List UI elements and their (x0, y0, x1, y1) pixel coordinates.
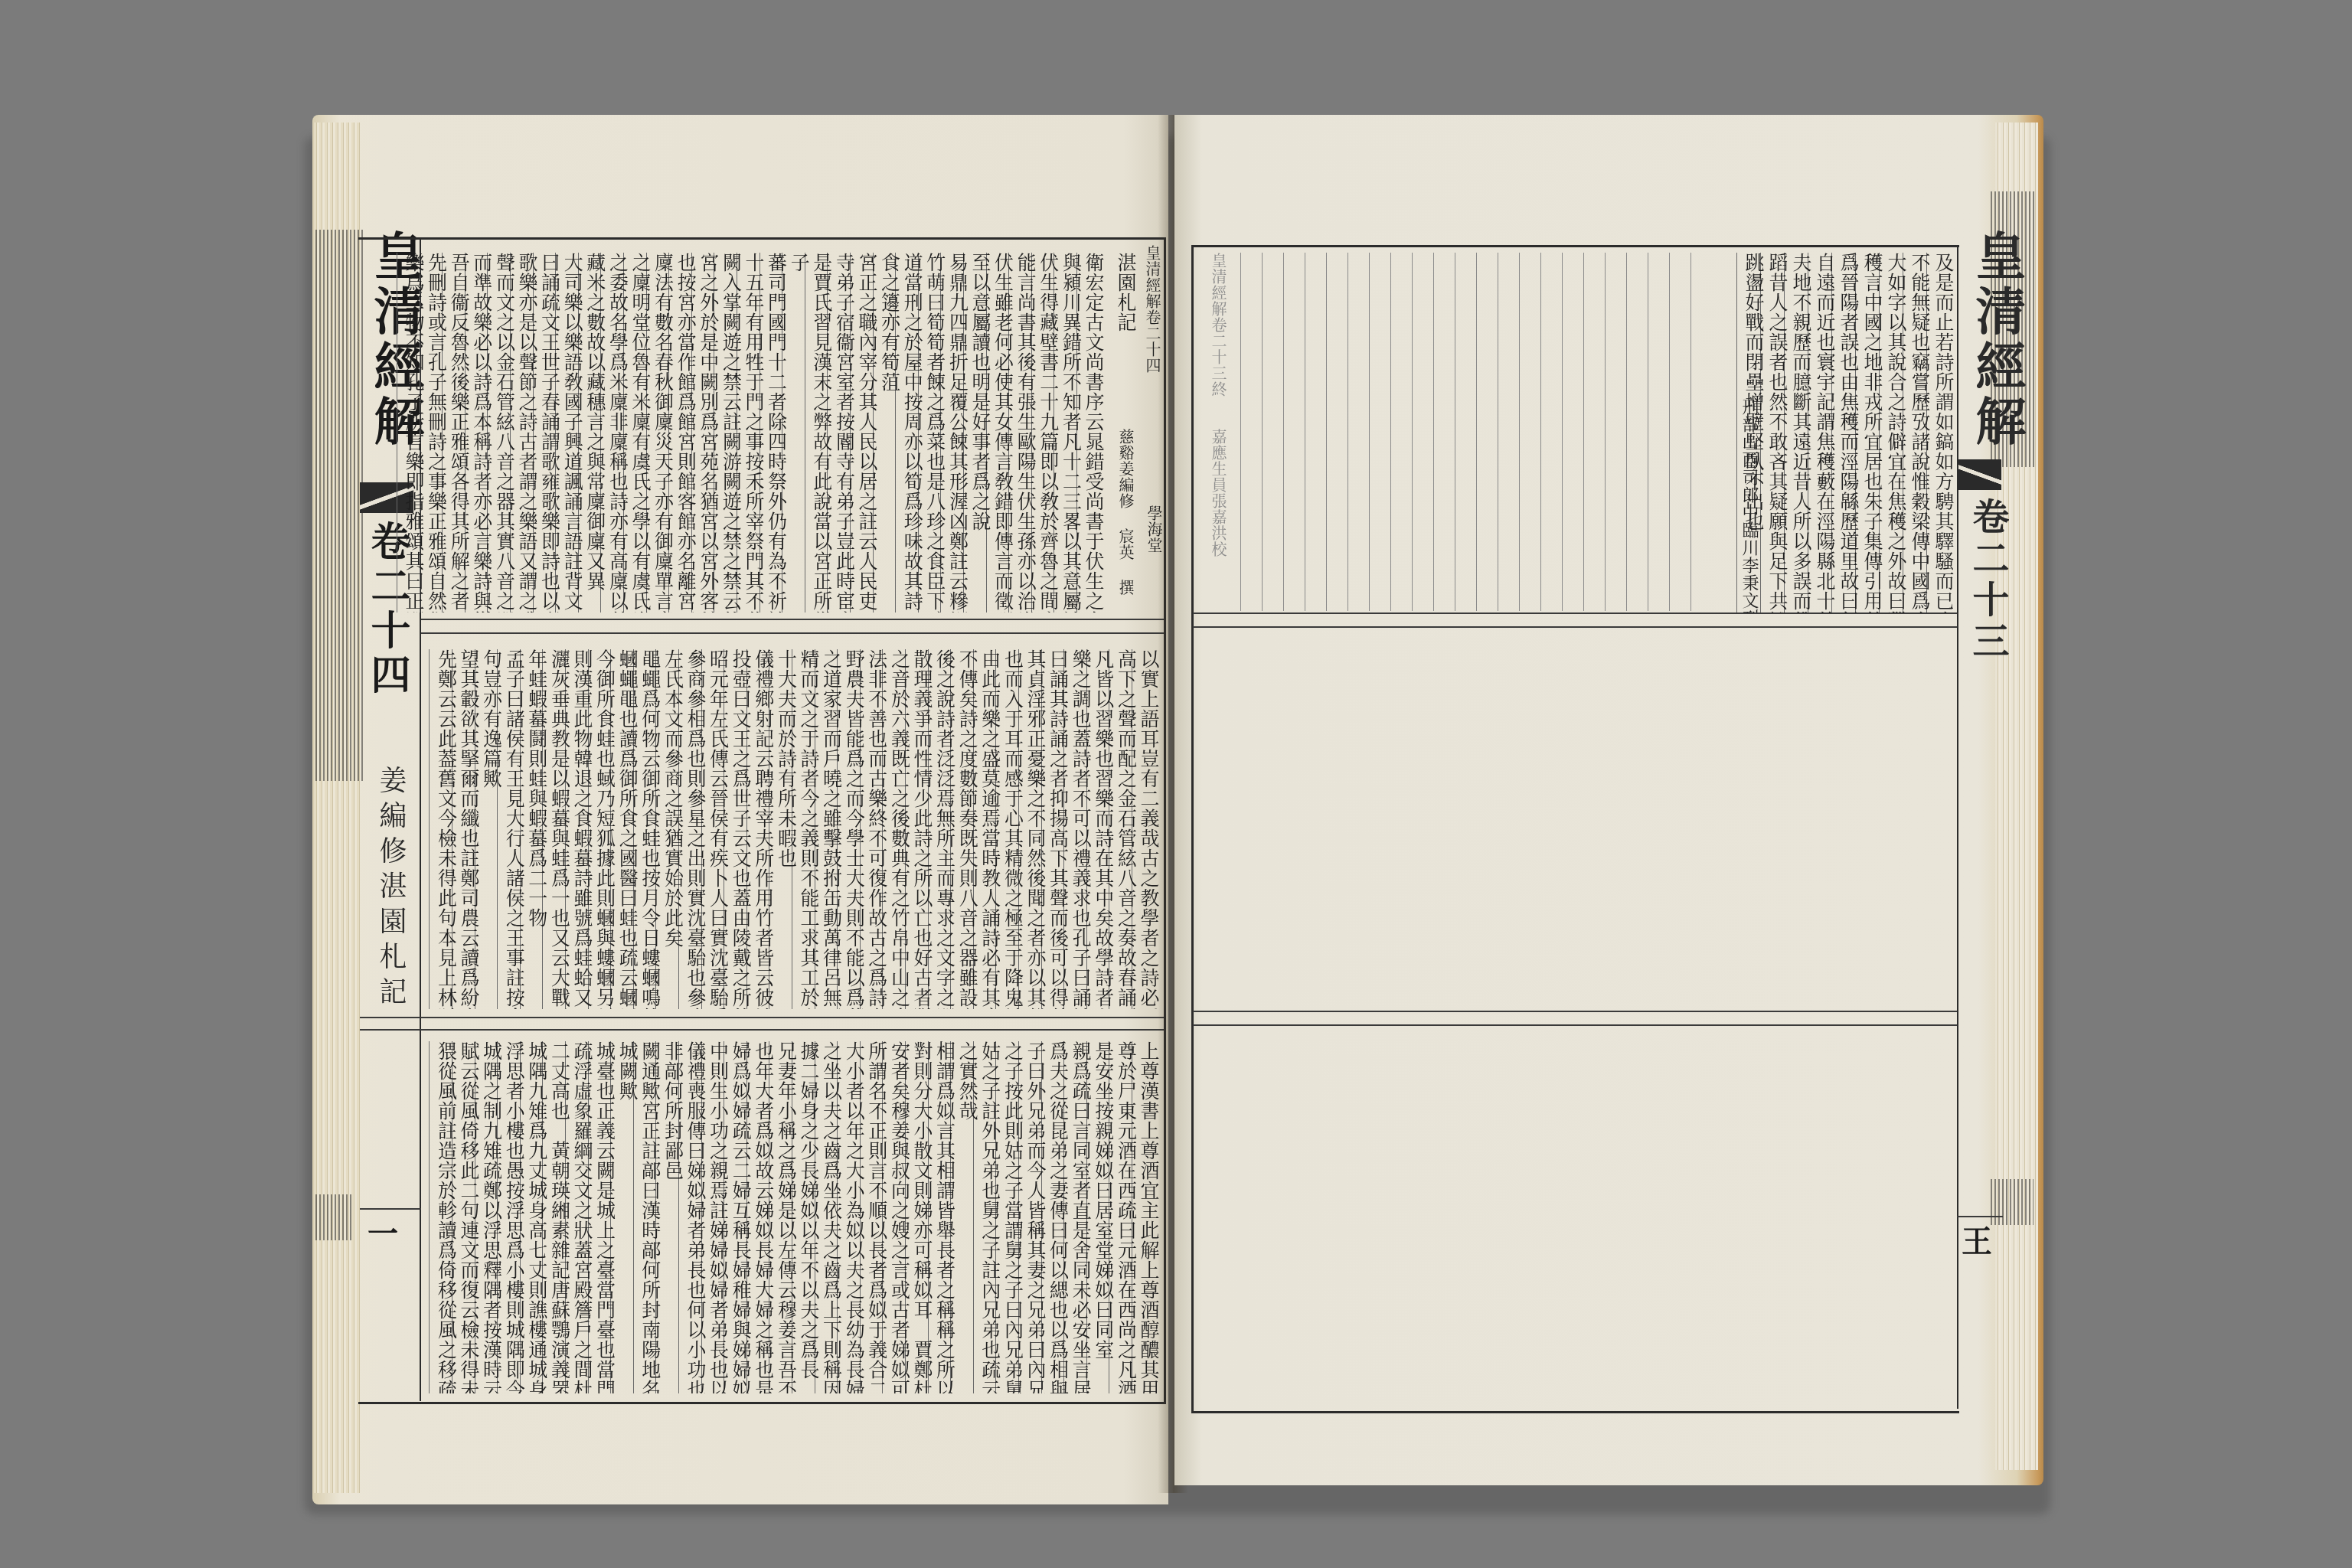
left-band-rule-1 (421, 619, 1164, 620)
empty-column-rule (1326, 253, 1327, 611)
right-band-rule-1b (1193, 626, 1957, 628)
empty-column-rule (1476, 253, 1477, 611)
faint-running-title: 皇清經解卷二十三終 (1204, 253, 1232, 429)
right-band-rule-2b (1193, 1024, 1957, 1026)
column-rule (397, 253, 397, 612)
empty-column-rule (1540, 253, 1541, 611)
left-band-rule-1b (421, 632, 1164, 634)
empty-column-rule (1605, 253, 1606, 611)
empty-column-rule (1690, 253, 1691, 611)
empty-column-rule (1433, 253, 1434, 611)
faint-proofreader: 嘉應生員張嘉洪校 (1204, 429, 1232, 612)
empty-column-rule (1498, 253, 1498, 611)
text-column: 先鄭云云此葢舊文今檢未得此句本見上林賦紛容萷參猗 (432, 649, 460, 1009)
left-edge-ink-bleed (315, 230, 364, 781)
empty-column-rule (1240, 253, 1241, 611)
empty-column-rule (1562, 253, 1563, 611)
empty-column-rule (1347, 253, 1348, 611)
empty-column-rule (1519, 253, 1520, 611)
column-rule (429, 1041, 430, 1393)
left-band-rule-2 (360, 1017, 1164, 1018)
empty-column-rule (1390, 253, 1391, 611)
empty-column-rule (1455, 253, 1455, 611)
left-folio-rule (360, 1208, 421, 1210)
work-title: 湛園札記 (1112, 253, 1140, 406)
empty-column-rule (1262, 253, 1263, 611)
empty-column-rule (1369, 253, 1370, 611)
right-spine-title: 皇清經解 (1960, 230, 2033, 450)
right-fishtail-mark (1958, 459, 2001, 490)
right-folio-mark: 王 (1962, 1217, 1992, 1261)
empty-column-rule (1305, 253, 1305, 611)
right-band-rule-1 (1193, 612, 1957, 614)
signature-line: 刑部山西司郎中臨川李秉文刊 (1736, 398, 1761, 612)
empty-column-rule (1583, 253, 1584, 611)
empty-column-rule (1626, 253, 1627, 611)
empty-column-rule (1283, 253, 1284, 611)
column-rule (429, 649, 430, 1009)
right-band-rule-2 (1193, 1011, 1957, 1012)
empty-column-rule (1412, 253, 1413, 611)
text-column: 猥從風前註造宗於軫讀爲倚移從風之移疏司馬長卿 (432, 1041, 460, 1393)
left-band-rule-2b (360, 1029, 1164, 1031)
empty-column-rule (1648, 253, 1648, 611)
author-line: 慈谿姜編修 宸英 撰 (1114, 429, 1137, 612)
left-edge-ink-bleed-lower (315, 1194, 354, 1240)
empty-column-rule (1669, 253, 1670, 611)
right-edge-ink-bleed-lower (1991, 1179, 2033, 1225)
text-column: 樂爲二物不知孔子所言樂即指雅頌其曰正即得所也下直 (400, 253, 428, 612)
right-spine-volume: 卷二十三 (1962, 498, 2014, 663)
